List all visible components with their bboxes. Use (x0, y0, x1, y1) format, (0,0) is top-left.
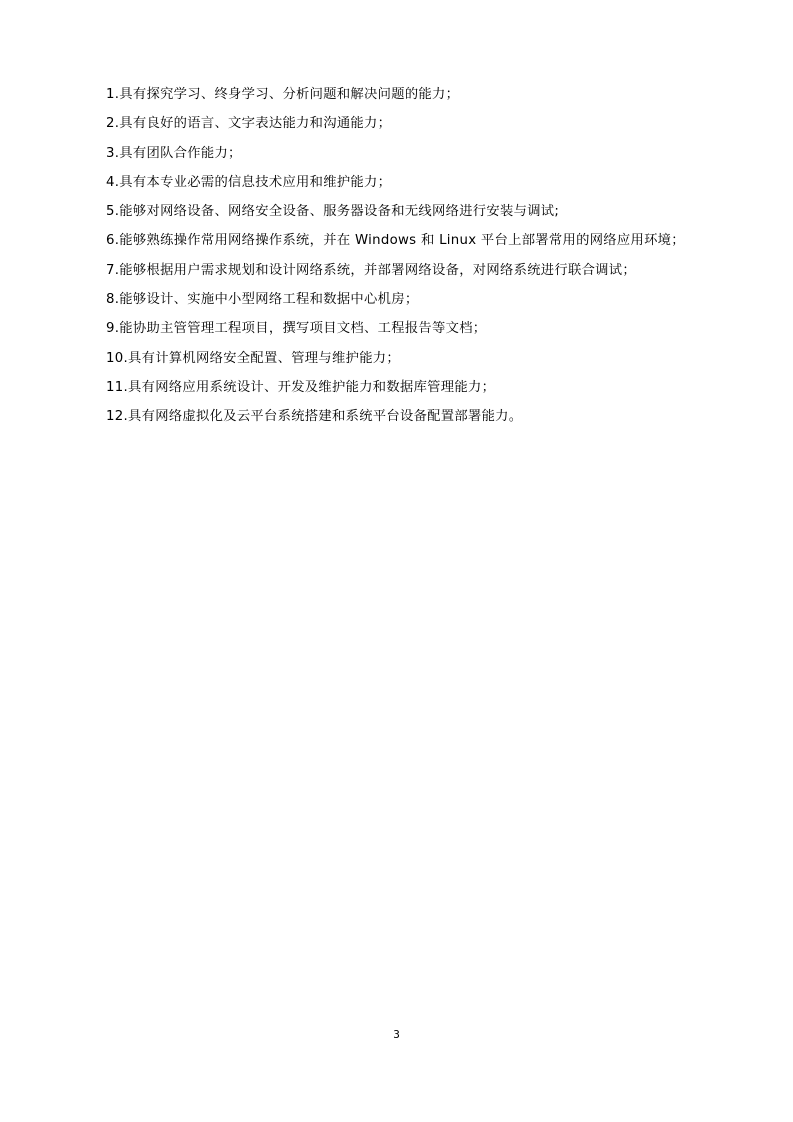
list-item: 5.能够对网络设备、网络安全设备、服务器设备和无线网络进行安装与调试; (76, 197, 719, 226)
list-item: 12.具有网络虚拟化及云平台系统搭建和系统平台设备配置部署能力。 (76, 402, 719, 431)
list-item: 11.具有网络应用系统设计、开发及维护能力和数据库管理能力； (76, 373, 719, 402)
list-item: 8.能够设计、实施中小型网络工程和数据中心机房； (76, 285, 719, 314)
list-item: 4.具有本专业必需的信息技术应用和维护能力； (76, 168, 719, 197)
list-item: 10.具有计算机网络安全配置、管理与维护能力； (76, 344, 719, 373)
list-item: 6.能够熟练操作常用网络操作系统，并在 Windows 和 Linux 平台上部… (76, 226, 719, 255)
document-page: 1.具有探究学习、终身学习、分析问题和解决问题的能力； 2.具有良好的语言、文字… (0, 0, 793, 1122)
ability-list: 1.具有探究学习、终身学习、分析问题和解决问题的能力； 2.具有良好的语言、文字… (76, 80, 719, 432)
list-item: 3.具有团队合作能力； (76, 139, 719, 168)
list-item: 1.具有探究学习、终身学习、分析问题和解决问题的能力； (76, 80, 719, 109)
list-item: 9.能协助主管管理工程项目，撰写项目文档、工程报告等文档； (76, 314, 719, 343)
list-item: 7.能够根据用户需求规划和设计网络系统，并部署网络设备，对网络系统进行联合调试； (76, 256, 719, 285)
list-item: 2.具有良好的语言、文字表达能力和沟通能力； (76, 109, 719, 138)
page-number: 3 (0, 1028, 793, 1041)
